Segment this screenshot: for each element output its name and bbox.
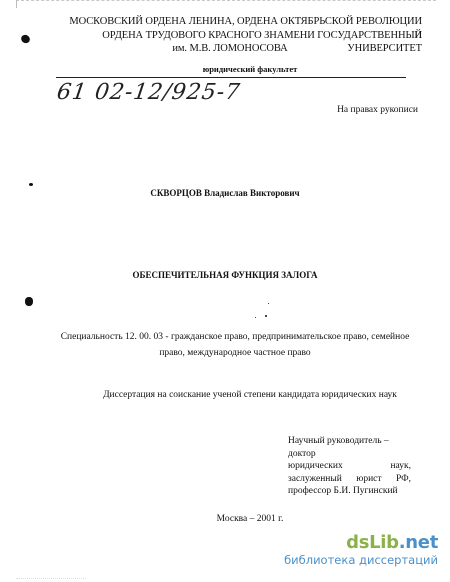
institution-line-3: им. М.В. ЛОМОНОСОВА: [40, 42, 420, 56]
supervisor-block: Научный руководитель – доктор юридически…: [288, 435, 411, 498]
handwritten-catalog-number: 61 02-12/925-7: [55, 80, 242, 105]
supervisor-line-2: юридических наук,: [288, 460, 411, 473]
specialty-line-1: Специальность 12. 00. 03 - гражданское п…: [60, 332, 410, 342]
dissertation-title: ОБЕСПЕЧИТЕЛЬНАЯ ФУНКЦИЯ ЗАЛОГА: [100, 270, 350, 280]
rights-note: На правах рукописи: [300, 105, 418, 115]
dslib-logo: dsLib.net: [300, 532, 438, 553]
scan-speck: [255, 317, 256, 318]
scan-speck: [265, 315, 267, 317]
supervisor-line-3: заслуженный юрист РФ,: [288, 473, 411, 486]
author-name: СКВОРЦОВ Владислав Викторович: [100, 188, 350, 198]
supervisor-word: юридических: [288, 460, 343, 473]
ink-blot: [20, 33, 32, 44]
ink-blot: [25, 297, 33, 306]
supervisor-word: РФ,: [396, 473, 411, 486]
scan-left-mark: [16, 0, 17, 8]
supervisor-line-1: Научный руководитель – доктор: [288, 435, 411, 460]
ink-blot: [29, 183, 33, 186]
specialty-line-2: право, международное частное право: [60, 348, 410, 358]
logo-brand-part1: dsLib: [346, 532, 399, 553]
logo-brand-part2: .net: [399, 532, 438, 553]
faculty-label: юридический факультет: [160, 64, 340, 74]
city-year: Москва – 2001 г.: [190, 514, 310, 524]
supervisor-word: заслуженный: [288, 473, 342, 486]
dissertation-type: Диссертация на соискание ученой степени …: [90, 390, 410, 400]
supervisor-word: наук,: [390, 460, 411, 473]
scan-speck: [268, 303, 269, 304]
scan-bottom-marks: [16, 578, 86, 580]
supervisor-line-4: профессор Б.И. Пугинский: [288, 485, 411, 498]
supervisor-word: юрист: [356, 473, 381, 486]
header-divider: [56, 77, 406, 78]
dslib-tagline: библиотека диссертаций: [240, 553, 438, 567]
scan-top-edge: [16, 0, 436, 2]
